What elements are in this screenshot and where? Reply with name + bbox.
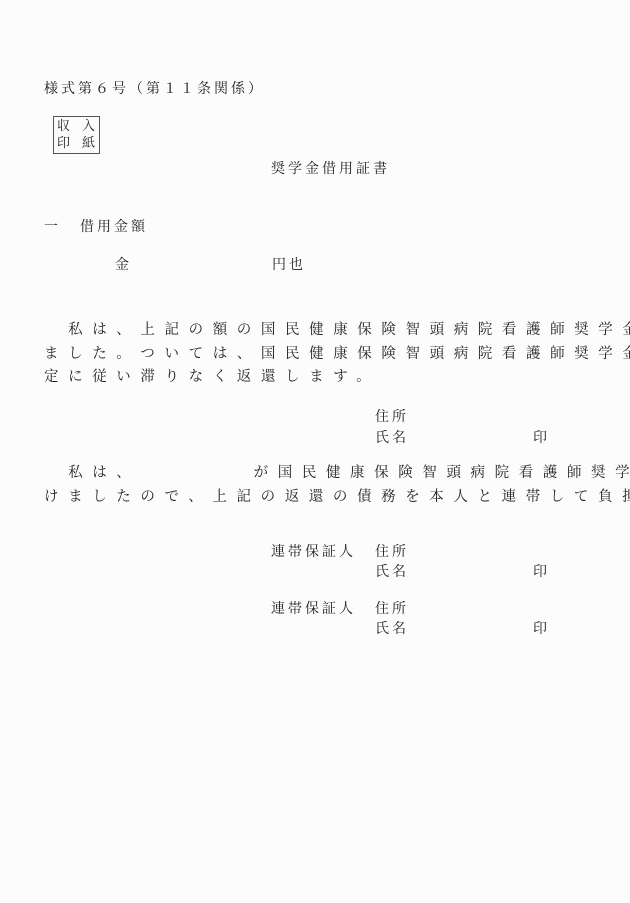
stamp-char: 入 bbox=[82, 118, 95, 135]
statement-line: 私は、 が国民健康保険智頭病院看護師奨学金の貸与を受 bbox=[44, 462, 584, 486]
section-marker: 一 bbox=[44, 216, 58, 236]
guarantor-role-label: 連帯保証人 bbox=[271, 598, 356, 618]
borrower-name-label: 氏名 bbox=[375, 427, 409, 447]
amount-suffix: 円也 bbox=[272, 254, 306, 274]
statement-line: 定に従い滞りなく返還します。 bbox=[44, 366, 584, 390]
revenue-stamp-box: 収 入 印 紙 bbox=[53, 116, 100, 154]
guarantor-address-label: 住所 bbox=[375, 598, 409, 618]
amount-prefix: 金 bbox=[115, 254, 129, 274]
guarantor-name-label: 氏名 bbox=[375, 561, 409, 581]
stamp-char: 収 bbox=[57, 118, 70, 135]
stamp-char: 紙 bbox=[82, 135, 95, 152]
statement-line: 私は、上記の額の国民健康保険智頭病院看護師奨学金の貸与を受け bbox=[44, 319, 584, 343]
guarantor-statement: 私は、 が国民健康保険智頭病院看護師奨学金の貸与を受 けましたので、上記の返還の… bbox=[44, 462, 584, 509]
borrower-seal-mark: 印 bbox=[533, 427, 547, 447]
guarantor-seal-mark: 印 bbox=[533, 618, 547, 638]
stamp-char: 印 bbox=[57, 135, 70, 152]
guarantor-address-label: 住所 bbox=[375, 541, 409, 561]
document-title: 奨学金借用証書 bbox=[271, 158, 390, 178]
section-label: 借用金額 bbox=[80, 216, 148, 236]
statement-line: けましたので、上記の返還の債務を本人と連帯して負担します。 bbox=[44, 486, 584, 510]
form-number: 様式第６号（第１１条関係） bbox=[44, 78, 265, 98]
guarantor-role-label: 連帯保証人 bbox=[271, 541, 356, 561]
borrower-statement: 私は、上記の額の国民健康保険智頭病院看護師奨学金の貸与を受け ました。ついては、… bbox=[44, 319, 584, 390]
guarantor-seal-mark: 印 bbox=[533, 561, 547, 581]
borrower-address-label: 住所 bbox=[375, 406, 409, 426]
guarantor-name-label: 氏名 bbox=[375, 618, 409, 638]
statement-line: ました。ついては、国民健康保険智頭病院看護師奨学金貸与条例の規 bbox=[44, 343, 584, 367]
